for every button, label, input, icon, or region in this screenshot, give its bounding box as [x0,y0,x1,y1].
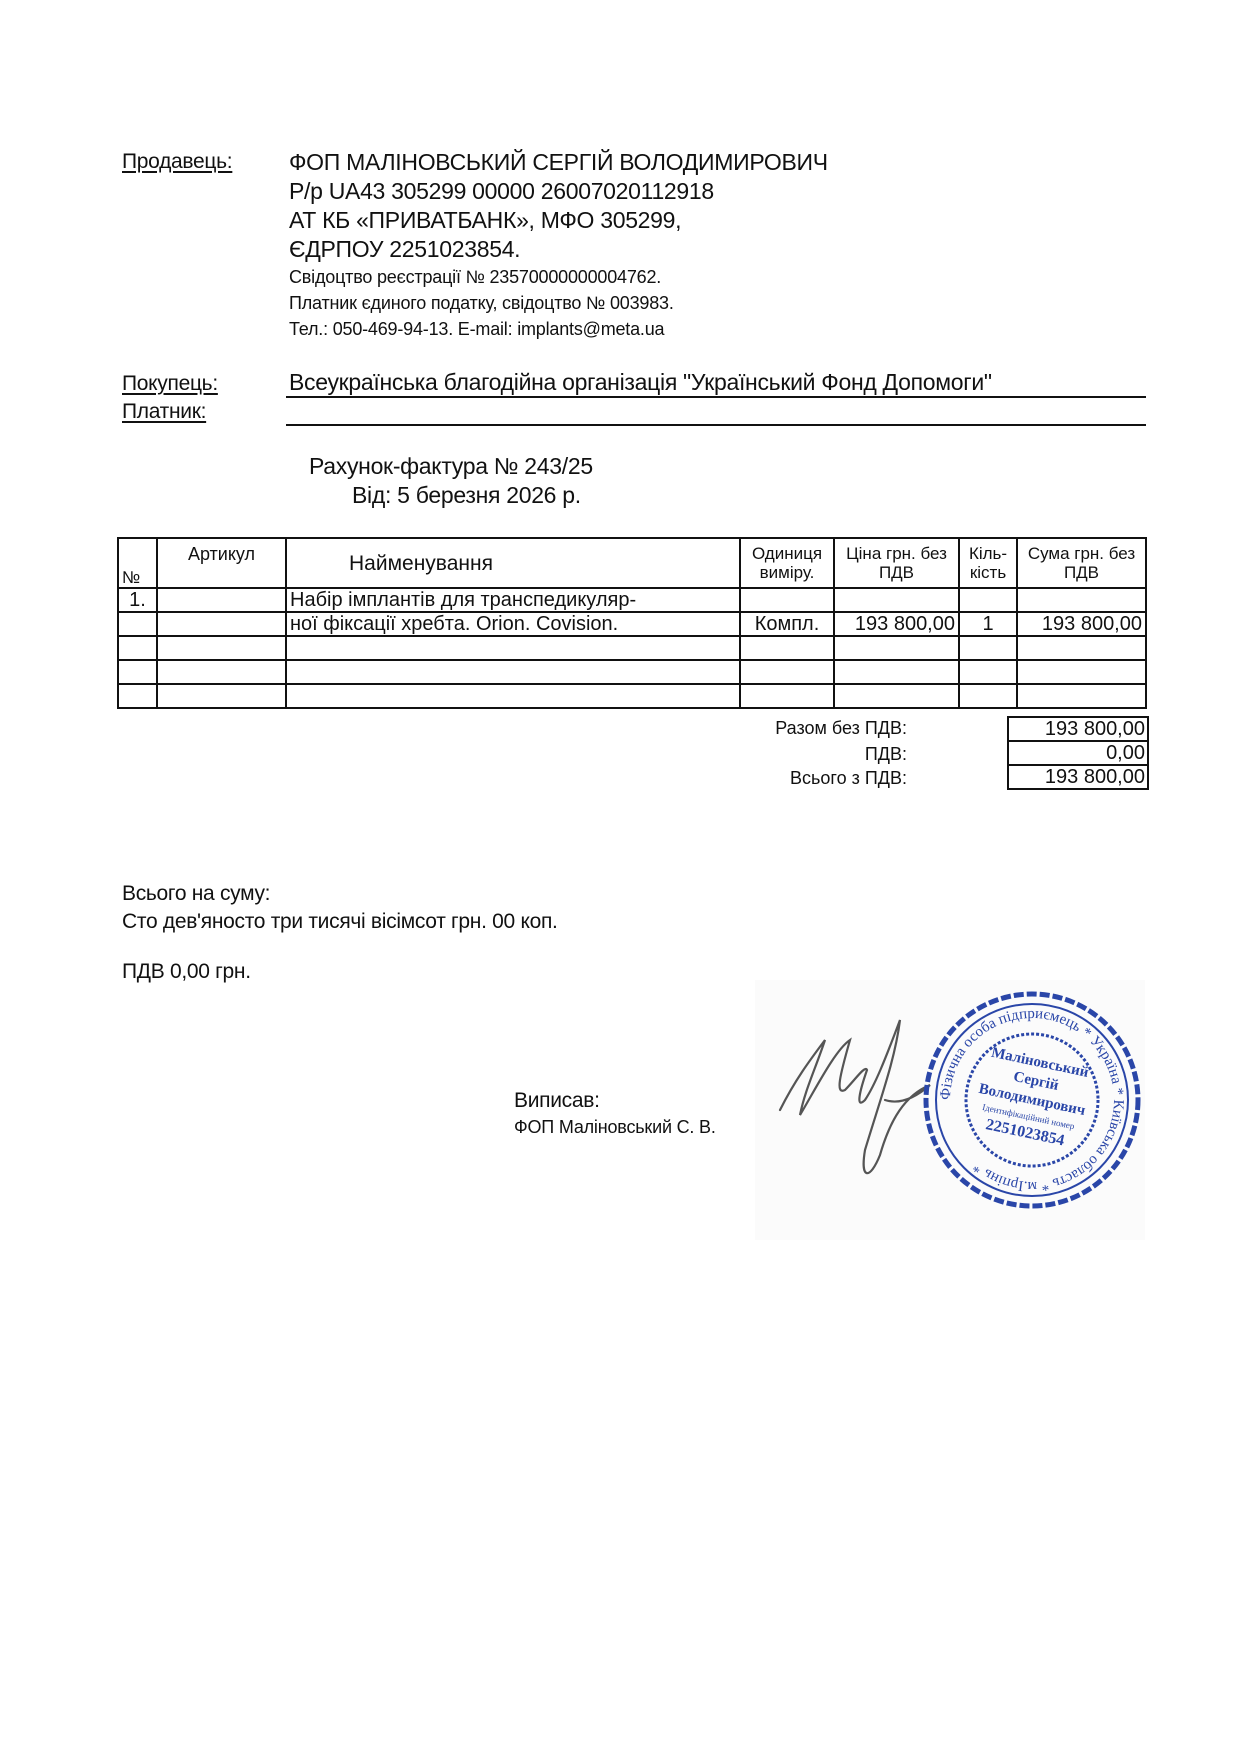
table-row: ної фіксації хребта. Orion. Covision. Ко… [118,612,1146,636]
cell-article [157,684,286,708]
company-stamp-icon: Фізична особа підприємець * Україна * Ки… [920,988,1145,1213]
buyer-label: Покупець: [122,372,218,396]
cell-unit [740,660,834,684]
summary-vat: ПДВ 0,00 грн. [122,960,251,984]
cell-num [118,684,157,708]
seller-tax: Платник єдиного податку, свідоцтво № 003… [289,293,674,314]
cell-sum [1017,684,1146,708]
cell-qty: 1 [959,612,1017,636]
cell-price [834,636,959,660]
buyer-name: Всеукраїнська благодійна організація "Ук… [289,369,992,396]
cell-num [118,660,157,684]
cell-unit [740,684,834,708]
header-price: Ціна грн. безПДВ [834,538,959,588]
cell-qty [959,660,1017,684]
cell-num [118,636,157,660]
cell-num [118,612,157,636]
header-qty: Кіль-кість [959,538,1017,588]
signature-name: ФОП Маліновський С. В. [514,1117,716,1138]
cell-sum [1017,660,1146,684]
total-label: Всього з ПДВ: [790,768,907,789]
invoice-date: Від: 5 березня 2026 р. [352,482,581,509]
buyer-underline [286,396,1146,398]
cell-qty [959,588,1017,612]
invoice-title: Рахунок-фактура № 243/25 [309,453,593,480]
seller-certificate: Свідоцтво реєстрації № 23570000000004762… [289,267,661,288]
vat-label: ПДВ: [865,744,907,765]
seller-edrpou: ЄДРПОУ 2251023854. [289,236,520,263]
subtotal-row: Разом без ПДВ: 193 800,00 [760,716,1145,742]
cell-article [157,636,286,660]
seller-contacts: Тел.: 050-469-94-13. E-mail: implants@me… [289,319,664,340]
payer-label: Платник: [122,400,206,424]
cell-price [834,684,959,708]
table-row: 1. Набір імплантів для транспедикуляр- [118,588,1146,612]
cell-article [157,588,286,612]
cell-price [834,660,959,684]
cell-sum [1017,588,1146,612]
cell-qty [959,684,1017,708]
cell-name [286,660,740,684]
cell-price: 193 800,00 [834,612,959,636]
cell-sum [1017,636,1146,660]
header-num: № [118,538,157,588]
cell-name: Набір імплантів для транспедикуляр- [286,588,740,612]
header-name: Найменування [286,538,740,588]
seller-account: Р/р UA43 305299 00000 26007020112918 [289,178,714,205]
vat-row: ПДВ: 0,00 [760,742,1145,768]
cell-article [157,612,286,636]
items-table: № Артикул Найменування Одиницявиміру. Ці… [117,537,1147,709]
header-article: Артикул [157,538,286,588]
table-row [118,660,1146,684]
seller-label: Продавець: [122,150,232,174]
stamp-area: Фізична особа підприємець * Україна * Ки… [755,980,1145,1240]
payer-underline [286,424,1146,426]
signature-label: Виписав: [514,1089,600,1113]
table-row [118,684,1146,708]
cell-article [157,660,286,684]
total-value: 193 800,00 [1007,766,1149,790]
seller-name: ФОП МАЛІНОВСЬКИЙ СЕРГІЙ ВОЛОДИМИРОВИЧ [289,149,828,176]
cell-name [286,636,740,660]
subtotal-value: 193 800,00 [1007,716,1149,742]
table-header-row: № Артикул Найменування Одиницявиміру. Ці… [118,538,1146,588]
table-row [118,636,1146,660]
total-row: Всього з ПДВ: 193 800,00 [760,766,1145,792]
cell-unit [740,588,834,612]
vat-value: 0,00 [1007,742,1149,766]
cell-unit [740,636,834,660]
cell-sum: 193 800,00 [1017,612,1146,636]
cell-qty [959,636,1017,660]
subtotal-label: Разом без ПДВ: [775,718,907,739]
cell-num: 1. [118,588,157,612]
header-sum: Сума грн. безПДВ [1017,538,1146,588]
cell-name: ної фіксації хребта. Orion. Covision. [286,612,740,636]
cell-name [286,684,740,708]
summary-words: Сто дев'яносто три тисячі вісімсот грн. … [122,910,558,934]
summary-label: Всього на суму: [122,882,270,906]
cell-unit: Компл. [740,612,834,636]
header-unit: Одиницявиміру. [740,538,834,588]
seller-bank: АТ КБ «ПРИВАТБАНК», МФО 305299, [289,207,681,234]
cell-price [834,588,959,612]
